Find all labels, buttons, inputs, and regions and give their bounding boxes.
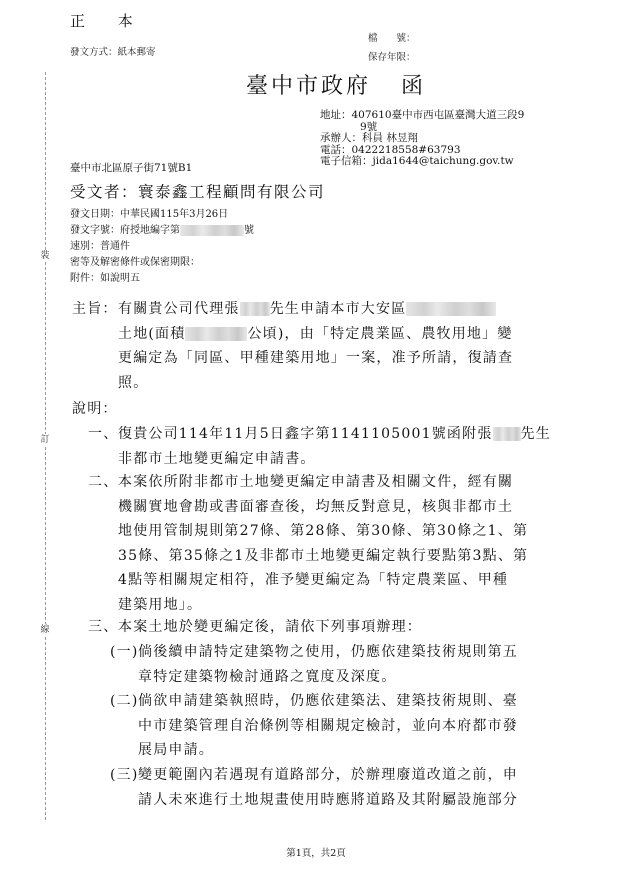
redacted-land-section [406, 302, 496, 316]
subject-line-3: 更編定為「同區、甲種建築用地」一案，准予所請，復請查 [118, 346, 513, 371]
page-footer: 第1頁，共2頁 [0, 845, 632, 859]
item-2-line: 地使用管制規則第27條、第28條、第30條、第30條之1、第 [118, 519, 528, 544]
sub-1-line: 章特定建築物檢討通路之寬度及深度。 [138, 665, 396, 690]
doc-number-suffix: 號 [244, 225, 254, 236]
redacted-name [240, 302, 270, 316]
item-2-line: 4點等相關規定相符，准予變更編定為「特定農業區、甲種 [118, 568, 528, 593]
title-org: 臺中市政府 [246, 74, 371, 99]
sub-3-line: 變更範圍內若遇現有道路部分，於辦理廢道改道之前，申 [138, 763, 518, 788]
document-title: 臺中市政府函 [246, 69, 426, 100]
item-3-line-1: 本案土地於變更編定後，請依下列事項辦理： [118, 615, 422, 640]
doc-number-prefix: 發文字號：府授地編字第 [70, 225, 180, 236]
sub-2-line: 中市建築管理自治條例等相關規定檢討，並向本府都市發 [138, 714, 518, 739]
item-1-line-1b: 先生 [521, 426, 551, 442]
subject-label: 主旨： [72, 297, 118, 322]
binding-dashed-line [45, 72, 46, 820]
email: 電子信箱：jida1644@taichung.gov.tw [320, 156, 524, 168]
item-2-number: 二、 [88, 470, 118, 495]
item-2-line: 建築用地」。 [118, 593, 528, 618]
issue-date: 發文日期：中華民國115年3月26日 [70, 207, 254, 223]
subject-line-2b: 公頃)，由「特定農業區、農牧用地」變 [247, 326, 512, 342]
binding-mark-ding: 訂 [38, 434, 52, 446]
redacted-doc-number [180, 225, 244, 236]
sub-1-number: (一) [110, 640, 139, 665]
item-3-number: 三、 [88, 615, 118, 640]
subject-line-1b: 先生申請本市大安區 [270, 301, 407, 317]
redacted-name [493, 427, 521, 441]
confidentiality: 密等及解密條件或保密期限： [70, 255, 254, 271]
item-1-line-1a: 復貴公司114年11月5日鑫字第1141105001號函附張 [118, 426, 493, 442]
binding-mark-xian: 線 [38, 624, 52, 636]
handler: 承辦人：科員 林昱翔 [320, 133, 524, 145]
file-number-label: 檔 號： [368, 30, 416, 44]
item-2-line: 機關實地會勘或書面審查後，均無反對意見，核與非都市土 [118, 495, 528, 520]
item-1-line-2: 非都市土地變更編定申請書。 [118, 447, 551, 472]
meta-block: 發文日期：中華民國115年3月26日 發文字號：府授地編字第號 速別：普通件 密… [70, 207, 254, 287]
attachment: 附件：如說明五 [70, 271, 254, 287]
sub-3-line: 請人未來進行土地規畫使用時應將道路及其附屬設施部分 [138, 788, 518, 813]
recipient: 受文者：寰泰鑫工程顧問有限公司 [70, 180, 325, 202]
retention-label: 保存年限： [368, 49, 416, 63]
copy-mark: 正 本 [70, 10, 147, 31]
sub-3-number: (三) [110, 763, 139, 788]
item-1-number: 一、 [88, 422, 118, 447]
sub-2-line: 倘欲申請建築執照時，仍應依建築法、建築技術規則、臺 [138, 689, 518, 714]
binding-mark-zhuang: 裝 [38, 250, 52, 262]
sub-2-line: 展局申請。 [138, 738, 518, 763]
subject-content: 有關貴公司代理張先生申請本市大安區 土地(面積公頃)，由「特定農業區、農牧用地」… [118, 297, 513, 395]
item-2-line: 35條、第35條之1及非都市土地變更編定執行要點第3點、第 [118, 544, 528, 569]
speed: 速別：普通件 [70, 239, 254, 255]
contact-block: 地址：407610臺中市西屯區臺灣大道三段9 9號 承辦人：科員 林昱翔 電話：… [320, 110, 524, 168]
redacted-area [185, 327, 247, 341]
subject-line-4: 照。 [118, 371, 513, 396]
explanation-label: 說明： [72, 397, 118, 422]
sub-1-line: 倘後續申請特定建築物之使用，仍應依建築技術規則第五 [138, 640, 518, 665]
title-type: 函 [401, 74, 426, 99]
subject-line-1a: 有關貴公司代理張 [118, 301, 240, 317]
doc-number: 發文字號：府授地編字第號 [70, 223, 254, 239]
subject-line-2a: 土地(面積 [118, 326, 185, 342]
sub-2-number: (二) [110, 689, 139, 714]
sender-address: 臺中市北區原子街71號B1 [70, 160, 192, 175]
address-line-1: 地址：407610臺中市西屯區臺灣大道三段9 [320, 110, 524, 122]
subject-section: 主旨： 有關貴公司代理張先生申請本市大安區 土地(面積公頃)，由「特定農業區、農… [72, 297, 612, 397]
item-2-line: 本案依所附非都市土地變更編定申請書及相關文件，經有關 [118, 470, 528, 495]
delivery-method: 發文方式：紙本郵寄 [70, 44, 156, 58]
